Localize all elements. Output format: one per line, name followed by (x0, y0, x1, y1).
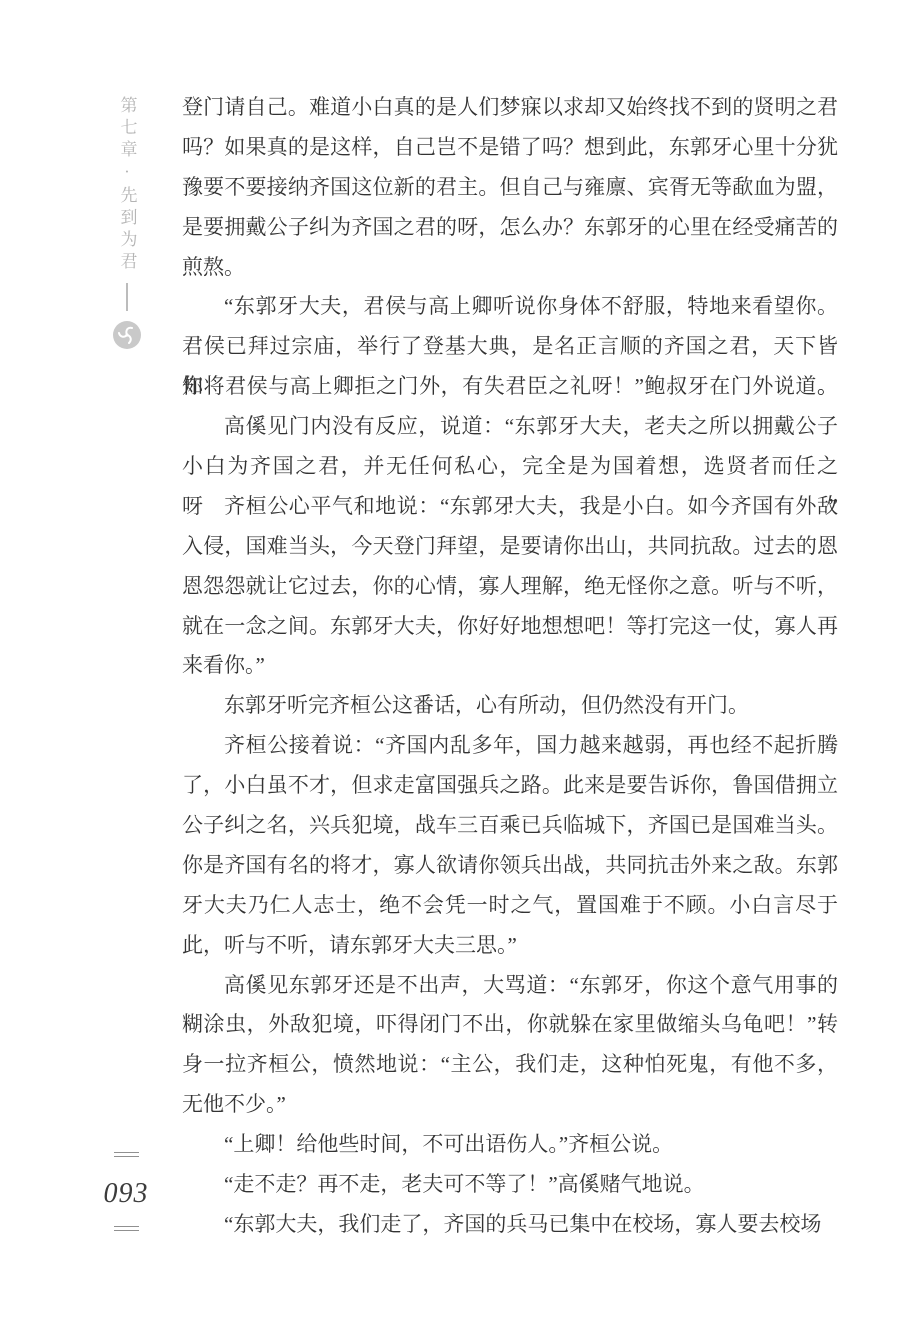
text-line: 齐桓公心平气和地说：“东郭牙大夫，我是小白。如今齐国有外敌 (182, 487, 838, 527)
text-line: 齐桓公接着说：“齐国内乱多年，国力越来越弱，再也经不起折腾 (182, 726, 838, 766)
chapter-sidebar: 第七章·先到为君 (104, 96, 150, 350)
text-line: 了，小白虽不才，但求走富国强兵之路。此来是要告诉你，鲁国借拥立 (182, 766, 838, 806)
folio-rule-top (114, 1152, 139, 1160)
text-line: 你是齐国有名的将才，寡人欲请你领兵出战，共同抗击外来之敌。东郭 (182, 846, 838, 886)
chapter-title-vertical: 第七章·先到为君 (119, 96, 136, 274)
text-line: 煎熬。 (182, 248, 838, 288)
text-line: 无他不少。” (182, 1085, 838, 1125)
page-number: 093 (104, 1178, 149, 1210)
body-text: 登门请自己。难道小白真的是人们梦寐以求却又始终找不到的贤明之君吗？如果真的是这样… (182, 88, 838, 1245)
text-line: 吗？如果真的是这样，自己岂不是错了吗？想到此，东郭牙心里十分犹 (182, 128, 838, 168)
text-line: 糊涂虫，外敌犯境，吓得闭门不出，你就躲在家里做缩头乌龟吧！”转 (182, 1005, 838, 1045)
text-line: 你将君侯与高上卿拒之门外，有失君臣之礼呀！”鲍叔牙在门外说道。 (182, 367, 838, 407)
text-line: 身一拉齐桓公，愤然地说：“主公，我们走，这种怕死鬼，有他不多， (182, 1045, 838, 1085)
text-line: 君侯已拜过宗庙，举行了登基大典，是名正言顺的齐国之君，天下皆知。 (182, 327, 838, 367)
text-line: 公子纠之名，兴兵犯境，战车三百乘已兵临城下，齐国已是国难当头。 (182, 806, 838, 846)
text-line: “东郭大夫，我们走了，齐国的兵马已集中在校场，寡人要去校场 (182, 1205, 838, 1245)
chapter-dash-rule (126, 283, 128, 311)
text-line: 高傒见门内没有反应，说道：“东郭牙大夫，老夫之所以拥戴公子 (182, 407, 838, 447)
text-line: 就在一念之间。东郭牙大夫，你好好地想想吧！等打完这一仗，寡人再 (182, 607, 838, 647)
text-line: 豫要不要接纳齐国这位新的君主。但自己与雍廪、宾胥无等歃血为盟， (182, 168, 838, 208)
text-line: 东郭牙听完齐桓公这番话，心有所动，但仍然没有开门。 (182, 686, 838, 726)
text-line: 来看你。” (182, 646, 838, 686)
text-line: 小白为齐国之君，并无任何私心，完全是为国着想，选贤者而任之呀！” (182, 447, 838, 487)
text-line: 此，听与不听，请东郭牙大夫三思。” (182, 926, 838, 966)
text-line: 登门请自己。难道小白真的是人们梦寐以求却又始终找不到的贤明之君 (182, 88, 838, 128)
text-line: “上卿！给他些时间，不可出语伤人。”齐桓公说。 (182, 1125, 838, 1165)
book-page: 第七章·先到为君 登门请自己。难道小白真的是人们梦寐以求却又始终找不到的贤明之君… (0, 0, 913, 1338)
seal-swirl-icon (112, 320, 142, 350)
page-footer: 093 (100, 1152, 152, 1234)
text-line: “东郭牙大夫，君侯与高上卿听说你身体不舒服，特地来看望你。 (182, 287, 838, 327)
folio-rule-bottom (114, 1226, 139, 1234)
text-line: 入侵，国难当头，今天登门拜望，是要请你出山，共同抗敌。过去的恩 (182, 527, 838, 567)
text-line: 是要拥戴公子纠为齐国之君的呀，怎么办？东郭牙的心里在经受痛苦的 (182, 208, 838, 248)
text-line: 牙大夫乃仁人志士，绝不会凭一时之气，置国难于不顾。小白言尽于 (182, 886, 838, 926)
text-line: “走不走？再不走，老夫可不等了！”高傒赌气地说。 (182, 1165, 838, 1205)
text-line: 恩怨怨就让它过去，你的心情，寡人理解，绝无怪你之意。听与不听， (182, 567, 838, 607)
text-line: 高傒见东郭牙还是不出声，大骂道：“东郭牙，你这个意气用事的 (182, 966, 838, 1006)
